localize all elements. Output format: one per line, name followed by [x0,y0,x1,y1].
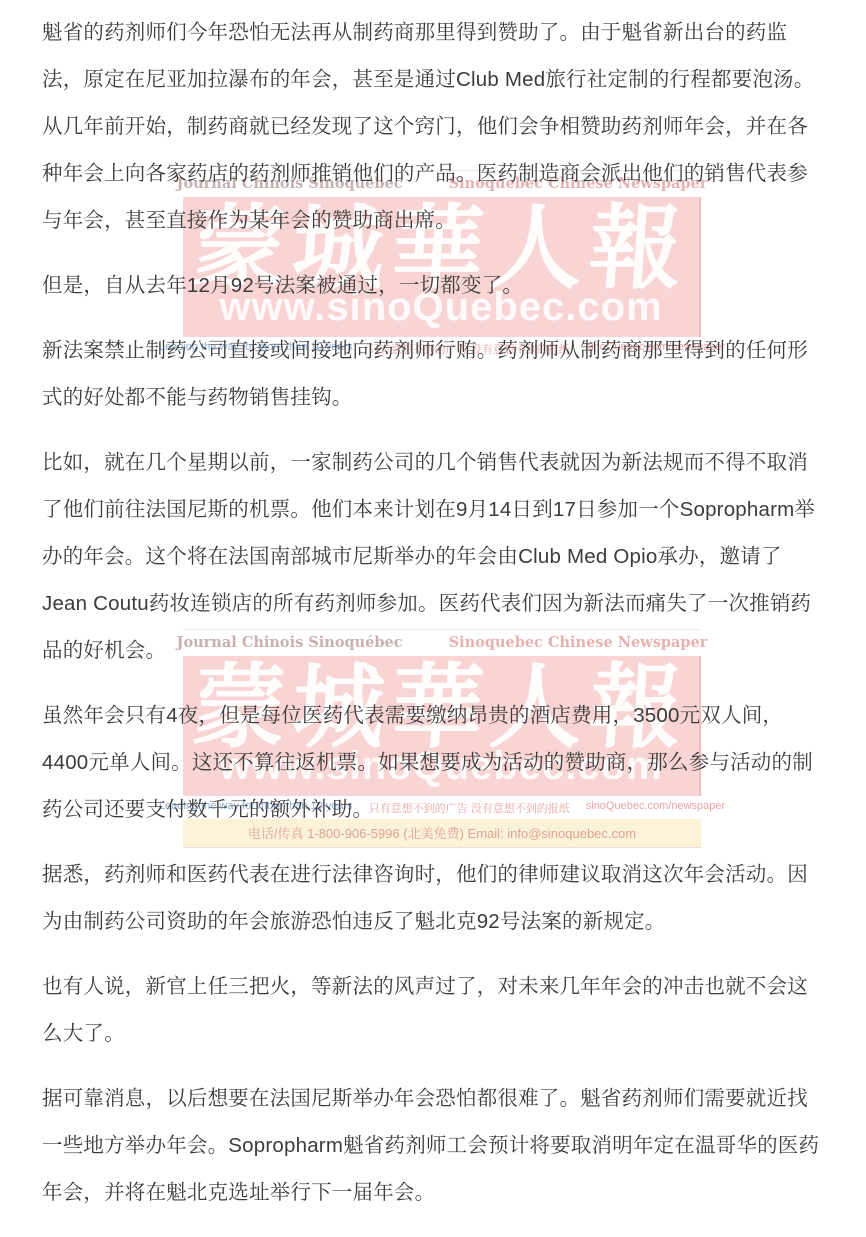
article-paragraph: 新法案禁止制药公司直接或间接地向药剂师行贿。药剂师从制药商那里得到的任何形式的好… [42,327,824,421]
article-paragraph: 比如，就在几个星期以前，一家制药公司的几个销售代表就因为新法规而不得不取消了他们… [42,439,824,674]
article-paragraph: 魁省的药剂师们今年恐怕无法再从制药商那里得到赞助了。由于魁省新出台的药监法，原定… [42,9,824,103]
article-paragraph: 虽然年会只有4夜，但是每位医药代表需要缴纳昂贵的酒店费用，3500元双人间，44… [42,692,824,833]
article-paragraph: 但是，自从去年12月92号法案被通过，一切都变了。 [42,262,824,309]
article-body: 魁省的药剂师们今年恐怕无法再从制药商那里得到赞助了。由于魁省新出台的药监法，原定… [0,0,866,1216]
article-paragraph: 也有人说，新官上任三把火，等新法的风声过了，对未来几年年会的冲击也就不会这么大了… [42,963,824,1057]
article-paragraph: 据可靠消息，以后想要在法国尼斯举办年会恐怕都很难了。魁省药剂师们需要就近找一些地… [42,1075,824,1216]
article-page: Journal Chinois Sinoquébec Sinoquebec Ch… [0,0,866,1237]
article-paragraph: 从几年前开始，制药商就已经发现了这个窍门，他们会争相赞助药剂师年会，并在各种年会… [42,103,824,244]
article-paragraph: 据悉，药剂师和医药代表在进行法律咨询时，他们的律师建议取消这次年会活动。因为由制… [42,851,824,945]
